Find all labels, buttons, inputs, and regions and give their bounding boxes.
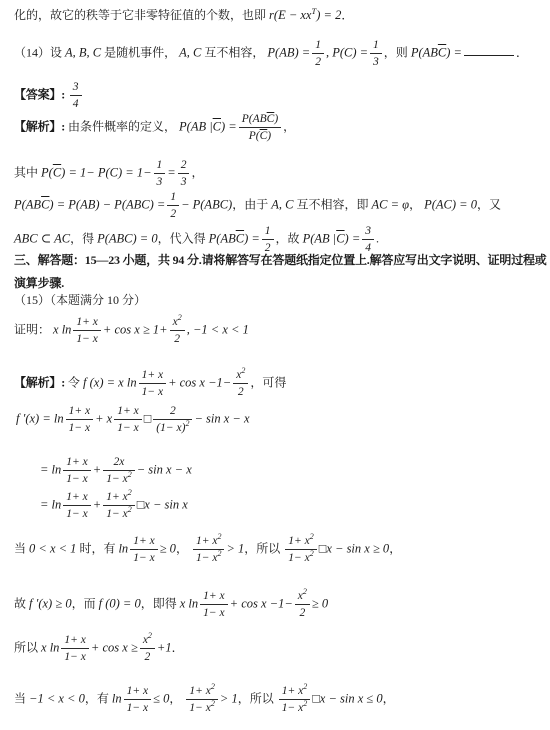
section-3-header-line: 三、解答题：15—23 小题，共 94 分.请将解答写在答题纸指定位置上.解答应…: [14, 253, 547, 268]
bold-label: 三、解答题：15—23 小题，共 94 分.请将解答写在答题纸指定位置上.解答应…: [14, 253, 547, 267]
text-run: 所以: [14, 640, 41, 654]
overline-variable: C: [213, 119, 221, 133]
superscript: 2: [148, 631, 152, 640]
superscript: 2: [211, 699, 215, 708]
numerator: 1+ x: [139, 368, 167, 384]
denominator: 1− x2: [103, 471, 135, 486]
numerator: 1+ x: [61, 633, 89, 649]
denominator: 1− x: [139, 384, 167, 399]
text-run: 是随机事件，: [101, 45, 179, 59]
math-run: ln: [118, 541, 128, 555]
denominator: 1− x: [61, 649, 89, 664]
math-run: 3: [157, 176, 163, 188]
math-run: 1: [265, 225, 271, 237]
math-run: x ln: [180, 596, 198, 610]
overline-variable: C: [336, 231, 344, 245]
denominator: 3: [178, 174, 190, 189]
math-run: 2x: [114, 456, 125, 468]
math-run: +1: [157, 640, 172, 654]
math-run: ) =: [221, 119, 237, 133]
math-run: =: [167, 165, 175, 179]
math-run: 1− x: [106, 473, 128, 485]
math-run: A, C: [271, 197, 293, 211]
numerator: 1+ x2: [186, 684, 218, 700]
fraction: 1+ x1− x: [139, 368, 167, 399]
answer-blank: [464, 43, 514, 56]
case-negative-line: 当 −1 < x < 0，有 ln1+ x1− x≤ 0， 1+ x21− x2…: [14, 684, 395, 715]
fraction: 13: [154, 158, 166, 189]
math-run: 1− x: [127, 702, 149, 714]
math-run: P(: [249, 130, 260, 142]
text-run: 证明：: [14, 322, 53, 336]
math-run: P(ABC) = 0: [97, 231, 158, 245]
denominator: 1− x: [200, 605, 228, 620]
numerator: x2: [170, 315, 185, 331]
fraction: P(ABC)P(C): [239, 112, 281, 143]
text-run: ．: [172, 640, 184, 654]
text-run: ，而: [72, 596, 99, 610]
text-run: 令: [65, 375, 83, 389]
derivative-line-1: f ′(x) = ln1+ x1− x+ x1+ x1− x□2(1− x)2−…: [16, 404, 250, 435]
text-run: ，则: [384, 45, 411, 59]
math-run: f ′(x) ≥ 0: [29, 596, 72, 610]
math-run: P: [179, 119, 187, 133]
p-c-bar-line: 其中 P(C) = 1− P(C) = 1−13=23，: [14, 158, 203, 189]
math-run: □x − sin x ≥ 0: [319, 541, 389, 555]
numerator: 1+ x2: [103, 490, 135, 506]
math-run: P(AB) =: [267, 45, 310, 59]
math-run: P(AC) = 0: [424, 197, 477, 211]
fraction: x22: [295, 589, 310, 620]
conclusion-14-line: ABC ⊂ AC，得 P(ABC) = 0，代入得 P(ABC) =12，故 P…: [14, 224, 379, 255]
math-run: −1 < x < 0: [29, 691, 85, 705]
text-run: ，得: [70, 231, 97, 245]
numerator: 2: [153, 404, 192, 420]
math-run: 2: [170, 405, 176, 417]
text-run: ，有: [85, 691, 112, 705]
numerator: 1+ x: [66, 404, 94, 420]
fraction: 1+ x1− x: [61, 633, 89, 664]
derivative-line-2: = ln1+ x1− x+2x1− x2− sin x − x: [40, 455, 192, 486]
math-run: > 1: [220, 691, 238, 705]
text-run: ，: [383, 691, 395, 705]
fraction: 1+ x1− x: [63, 490, 91, 521]
bold-label: 演算步骤.: [14, 276, 64, 290]
text-run: 互不相容，: [201, 45, 267, 59]
analysis-conditional-probability-line: 【解析】: 由条件概率的定义， P(AB |C) =P(ABC)P(C)，: [14, 112, 295, 143]
numerator: 1+ x: [114, 404, 142, 420]
math-run: 1− x: [282, 702, 304, 714]
numerator: 1: [262, 224, 274, 240]
math-run: − P(ABC): [181, 197, 232, 211]
numerator: P(ABC): [239, 112, 281, 128]
text-run: ，又: [477, 197, 501, 211]
superscript: 2: [128, 470, 132, 479]
fraction: 1+ x21− x2: [103, 490, 135, 521]
text-run: 当: [14, 541, 29, 555]
denominator: 1− x: [63, 506, 91, 521]
superscript: 2: [310, 549, 314, 558]
text-run: ，可得: [250, 375, 286, 389]
superscript: 2: [303, 682, 307, 691]
text-run: ，由于: [232, 197, 271, 211]
math-run: + cos x ≥: [91, 640, 138, 654]
denominator: 1− x2: [186, 700, 218, 715]
text-run: 其中: [14, 165, 41, 179]
math-run: 1+ x: [196, 535, 218, 547]
math-run: (1− x): [156, 422, 185, 434]
superscript: 2: [310, 532, 314, 541]
text-run: ，即得: [141, 596, 180, 610]
text-run: ，故: [276, 231, 303, 245]
fraction: 13: [370, 38, 382, 69]
math-run: 1+ x: [69, 405, 91, 417]
math-run: ln: [112, 691, 122, 705]
denominator: 3: [370, 54, 382, 69]
math-run: + cos x ≥ 1+: [103, 322, 168, 336]
superscript: 2: [185, 419, 189, 428]
fraction: 2x1− x2: [103, 455, 135, 486]
math-run: ) = P(AB) − P(ABC) =: [49, 197, 165, 211]
fraction: x22: [140, 633, 155, 664]
problem-15-header: （15）（本题满分 10 分）: [14, 293, 146, 308]
numerator: 2: [178, 158, 190, 174]
text-run: 由条件概率的定义，: [65, 119, 179, 133]
text-run: （14）设: [14, 45, 65, 59]
text-run: .: [376, 231, 379, 245]
numerator: 1+ x2: [279, 684, 311, 700]
math-run: □: [144, 411, 152, 425]
math-run: = ln: [40, 462, 61, 476]
fraction: 1+ x1− x: [63, 455, 91, 486]
math-run: 1+ x: [282, 685, 304, 697]
numerator: 2x: [103, 455, 135, 471]
fraction: 1+ x1− x: [130, 534, 158, 565]
math-run: 1− x: [106, 508, 128, 520]
fraction: 1+ x21− x2: [193, 534, 225, 565]
math-run: 2: [170, 208, 176, 220]
math-run: 1+ x: [106, 491, 128, 503]
case-positive-line: 当 0 < x < 1 时，有 ln1+ x1− x≥ 0， 1+ x21− x…: [14, 534, 401, 565]
bold-label: 【解析】:: [14, 375, 65, 389]
text-run: ．: [516, 45, 528, 59]
text-run: ，: [191, 165, 203, 179]
text-run: ，: [283, 119, 295, 133]
denominator: 2: [170, 331, 185, 346]
math-run: 2: [144, 651, 150, 663]
superscript: 2: [241, 366, 245, 375]
fraction: 12: [262, 224, 274, 255]
monotonicity-conclusion-line: 故 f ′(x) ≥ 0，而 f (0) = 0，即得 x ln1+ x1− x…: [14, 589, 328, 620]
math-run: 1+ x: [66, 491, 88, 503]
numerator: 1+ x: [73, 315, 101, 331]
math-run: 1+ x: [64, 634, 86, 646]
math-run: P(AB: [242, 113, 267, 125]
text-run: 互不相容，即: [293, 197, 371, 211]
math-run: (AB |: [187, 119, 213, 133]
denominator: 1− x: [124, 700, 152, 715]
math-run: ) =: [345, 231, 361, 245]
fraction: 1+ x21− x2: [279, 684, 311, 715]
fraction: 34: [362, 224, 374, 255]
math-run: 1+ x: [189, 685, 211, 697]
math-run: 1+ x: [127, 685, 149, 697]
math-run: 1− x: [203, 607, 225, 619]
math-run: P(AB: [209, 231, 236, 245]
denominator: 1− x2: [285, 550, 317, 565]
math-run: ) = 2: [316, 8, 341, 22]
numerator: 1: [154, 158, 166, 174]
text-run: （15）（本题满分 10 分）: [14, 293, 146, 307]
fraction: 12: [167, 190, 179, 221]
math-run: AC = φ: [371, 197, 409, 211]
math-run: A, B, C: [65, 45, 101, 59]
denominator: 1− x: [66, 420, 94, 435]
math-run: + x: [95, 411, 112, 425]
denominator: 3: [154, 174, 166, 189]
math-run: , −1 < x < 1: [187, 322, 249, 336]
fraction: 1+ x21− x2: [285, 534, 317, 565]
math-run: 1− x: [117, 422, 139, 434]
math-run: 1− x: [76, 333, 98, 345]
overline-variable: C: [438, 45, 446, 59]
math-run: 1− x: [69, 422, 91, 434]
text-run: ．: [341, 8, 353, 22]
numerator: 1: [370, 38, 382, 54]
denominator: 1− x2: [279, 700, 311, 715]
math-run: 3: [373, 56, 379, 68]
math-run: 1− x: [133, 552, 155, 564]
denominator: 2: [295, 605, 310, 620]
text-run: ，: [169, 691, 184, 705]
math-run: − sin x − x: [137, 462, 192, 476]
math-run: 2: [238, 386, 244, 398]
denominator: P(C): [239, 128, 281, 143]
text-run: 当: [14, 691, 29, 705]
math-run: ) =: [446, 45, 462, 59]
text-run: ，: [176, 541, 191, 555]
math-run: > 1: [226, 541, 244, 555]
numerator: 1+ x2: [193, 534, 225, 550]
math-run: f (0) = 0: [99, 596, 141, 610]
math-run: □x − sin x: [137, 497, 188, 511]
math-run: − sin x − x: [194, 411, 249, 425]
denominator: 2: [167, 206, 179, 221]
fraction: 1+ x1− x: [124, 684, 152, 715]
math-run: 1+ x: [76, 316, 98, 328]
numerator: 1+ x: [124, 684, 152, 700]
math-run: , P(C) =: [326, 45, 368, 59]
fraction: 23: [178, 158, 190, 189]
denominator: 1− x: [130, 550, 158, 565]
numerator: x2: [295, 589, 310, 605]
superscript: 2: [178, 313, 182, 322]
fraction: 1+ x1− x: [200, 589, 228, 620]
fraction: x22: [233, 368, 248, 399]
section-3-header-continued: 演算步骤.: [14, 276, 64, 291]
math-run: 1+ x: [203, 590, 225, 602]
math-run: + cos x −1−: [230, 596, 293, 610]
math-run: = ln: [40, 497, 61, 511]
fraction: 1+ x1− x: [114, 404, 142, 435]
denominator: 4: [70, 96, 82, 111]
math-run: 1+ x: [142, 369, 164, 381]
text-run: 时，有: [76, 541, 118, 555]
derivative-line-3: = ln1+ x1− x+1+ x21− x2□x − sin x: [40, 490, 188, 521]
math-run: ) =: [244, 231, 260, 245]
overline-variable: C: [53, 165, 61, 179]
math-run: 2: [174, 333, 180, 345]
denominator: 1− x2: [103, 506, 135, 521]
denominator: 1− x: [63, 471, 91, 486]
math-run: 1− x: [189, 702, 211, 714]
problem-14-statement: （14）设 A, B, C 是随机事件， A, C 互不相容， P(AB) =1…: [14, 38, 528, 69]
numerator: 1: [167, 190, 179, 206]
math-run: ): [267, 130, 271, 142]
text-run: 化的，故它的秩等于它非零特征值的个数，也即: [14, 8, 269, 22]
math-run: 1: [315, 39, 321, 51]
numerator: 1+ x: [63, 490, 91, 506]
math-run: ≤ 0: [153, 691, 169, 705]
answer-line: 【答案】: 34: [14, 80, 84, 111]
text-run: ，所以: [244, 541, 283, 555]
math-run: x ln: [53, 322, 71, 336]
superscript: 2: [303, 587, 307, 596]
problem-15-statement: 证明： x ln1+ x1− x+ cos x ≥ 1+x22, −1 < x …: [14, 315, 249, 346]
denominator: 1− x: [73, 331, 101, 346]
math-run: ≥ 0: [160, 541, 176, 555]
superscript: 2: [217, 532, 221, 541]
math-run: 3: [181, 176, 187, 188]
math-run: 1: [170, 191, 176, 203]
math-run: 1− x: [66, 473, 88, 485]
numerator: 3: [70, 80, 82, 96]
document-page: 化的，故它的秩等于它非零特征值的个数，也即 r(E − xxT) = 2．（14…: [0, 0, 550, 730]
math-run: P(AB |: [303, 231, 337, 245]
math-run: ) = 1− P(C) = 1−: [61, 165, 151, 179]
math-run: 1: [157, 159, 163, 171]
math-run: +: [93, 462, 101, 476]
overline-variable: C: [236, 231, 244, 245]
superscript: 2: [211, 682, 215, 691]
numerator: x2: [233, 368, 248, 384]
denominator: 2: [140, 649, 155, 664]
math-run: A, C: [179, 45, 201, 59]
math-run: 2: [299, 607, 305, 619]
superscript: 2: [303, 699, 307, 708]
fraction: x22: [170, 315, 185, 346]
math-run: + cos x −1−: [168, 375, 231, 389]
math-run: 1− x: [288, 552, 310, 564]
math-run: x ln: [41, 640, 59, 654]
fraction: 2(1− x)2: [153, 404, 192, 435]
denominator: 2: [312, 54, 324, 69]
fraction: 1+ x21− x2: [186, 684, 218, 715]
math-run: 3: [73, 81, 79, 93]
fraction: 1+ x1− x: [66, 404, 94, 435]
text-run: ，: [409, 197, 424, 211]
math-run: 0 < x < 1: [29, 541, 76, 555]
numerator: 3: [362, 224, 374, 240]
math-run: □x − sin x ≤ 0: [312, 691, 382, 705]
denominator: 1− x2: [193, 550, 225, 565]
math-run: 1+ x: [117, 405, 139, 417]
text-run: ，代入得: [158, 231, 209, 245]
math-run: 1− x: [196, 552, 218, 564]
bold-label: 【解析】:: [14, 119, 65, 133]
math-run: 1: [373, 39, 379, 51]
math-run: 1− x: [66, 508, 88, 520]
superscript: 2: [217, 549, 221, 558]
inequality-conclusion-line: 所以 x ln1+ x1− x+ cos x ≥x22+1．: [14, 633, 184, 664]
bold-label: 【答案】:: [14, 87, 68, 101]
text-run: ，所以: [238, 691, 277, 705]
math-run: 2: [181, 159, 187, 171]
fraction: 12: [312, 38, 324, 69]
math-run: E − xx: [278, 8, 311, 22]
math-run: ABC ⊂ AC: [14, 231, 70, 245]
p-abc-bar-line: P(ABC) = P(AB) − P(ABC) =12− P(ABC)，由于 A…: [14, 190, 501, 221]
math-run: P(AB: [14, 197, 41, 211]
analysis-15-definition-line: 【解析】: 令 f (x) = x ln1+ x1− x+ cos x −1−x…: [14, 368, 286, 399]
numerator: 1+ x2: [285, 534, 317, 550]
numerator: 1+ x: [130, 534, 158, 550]
math-run: 1+ x: [133, 535, 155, 547]
superscript: 2: [128, 505, 132, 514]
math-run: 2: [315, 56, 321, 68]
numerator: 1+ x: [63, 455, 91, 471]
superscript: 2: [128, 488, 132, 497]
math-run: 1+ x: [288, 535, 310, 547]
denominator: 2: [233, 384, 248, 399]
intro-remainder-line: 化的，故它的秩等于它非零特征值的个数，也即 r(E − xxT) = 2．: [14, 8, 353, 24]
denominator: (1− x)2: [153, 420, 192, 435]
math-run: ): [274, 113, 278, 125]
text-run: 故: [14, 596, 29, 610]
numerator: 1: [312, 38, 324, 54]
math-run: f (x) = x ln: [83, 375, 137, 389]
math-run: 4: [73, 98, 79, 110]
math-run: ≥ 0: [312, 596, 328, 610]
fraction: 1+ x1− x: [73, 315, 101, 346]
math-run: P(: [41, 165, 53, 179]
text-run: ，: [389, 541, 401, 555]
math-run: 1− x: [142, 386, 164, 398]
math-run: 3: [365, 225, 371, 237]
numerator: 1+ x: [200, 589, 228, 605]
math-run: f ′(x) = ln: [16, 411, 64, 425]
fraction: 34: [70, 80, 82, 111]
math-run: 1− x: [64, 651, 86, 663]
math-run: 1+ x: [66, 456, 88, 468]
math-run: P(AB: [411, 45, 438, 59]
denominator: 1− x: [114, 420, 142, 435]
numerator: x2: [140, 633, 155, 649]
math-run: +: [93, 497, 101, 511]
